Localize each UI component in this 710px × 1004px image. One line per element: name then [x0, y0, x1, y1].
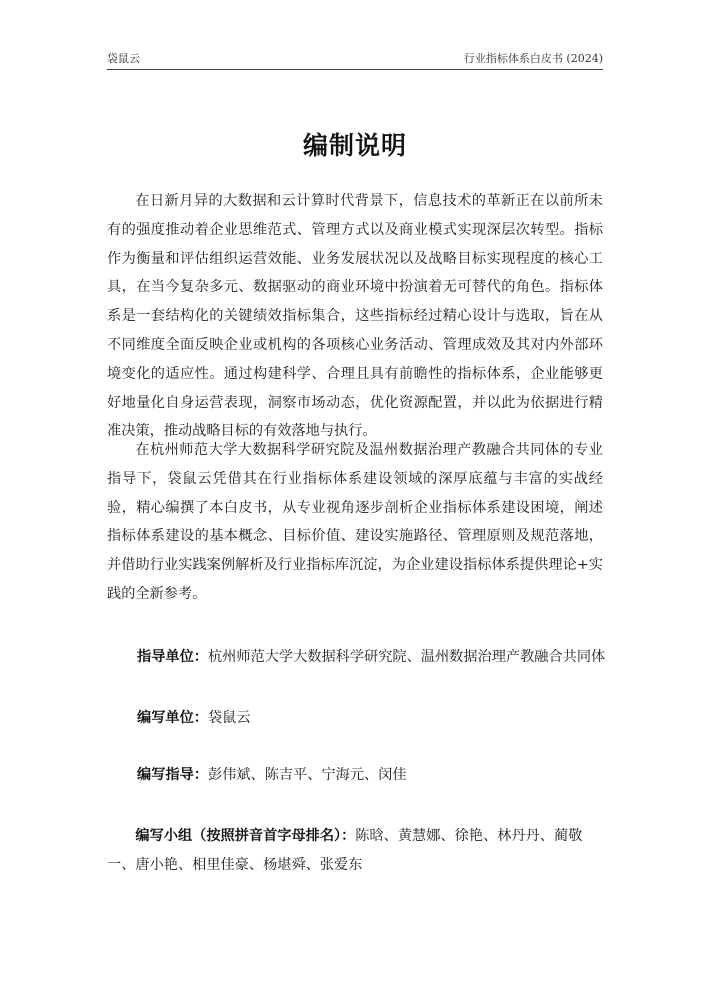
credit-label: 指导单位：: [137, 649, 208, 665]
credit-writing-unit: 编写单位：袋鼠云: [137, 704, 633, 733]
paragraph-intro: 在日新月异的大数据和云计算时代背景下，信息技术的革新正在以前所未有的强度推动着企…: [107, 187, 603, 446]
credit-value: 袋鼠云: [208, 710, 251, 726]
credit-value: 彭伟斌、陈吉平、宁海元、闵佳: [208, 767, 407, 783]
credit-value: 杭州师范大学大数据科学研究院、温州数据治理产教融合共同体: [208, 649, 605, 665]
header-doc-title: 行业指标体系白皮书 (2024): [464, 50, 603, 66]
credit-guidance-unit: 指导单位：杭州师范大学大数据科学研究院、温州数据治理产教融合共同体: [137, 643, 607, 672]
credit-label: 编写指导：: [137, 767, 208, 783]
credit-label: 编写小组（按照拼音首字母排名）：: [135, 828, 355, 844]
paragraph-guidance: 在杭州师范大学大数据科学研究院及温州数据治理产教融合共同体的专业指导下，袋鼠云凭…: [107, 436, 603, 609]
page-header: 袋鼠云 行业指标体系白皮书 (2024): [107, 50, 603, 70]
credit-writing-team: 编写小组（按照拼音首字母排名）：陈晗、黄慧娜、徐艳、林丹丹、蔺敬一、唐小艳、相里…: [107, 822, 603, 880]
credit-label: 编写单位：: [137, 710, 208, 726]
credit-writing-guidance: 编写指导：彭伟斌、陈吉平、宁海元、闵佳: [137, 761, 633, 790]
header-company: 袋鼠云: [107, 50, 140, 66]
page-title: 编制说明: [0, 126, 710, 162]
